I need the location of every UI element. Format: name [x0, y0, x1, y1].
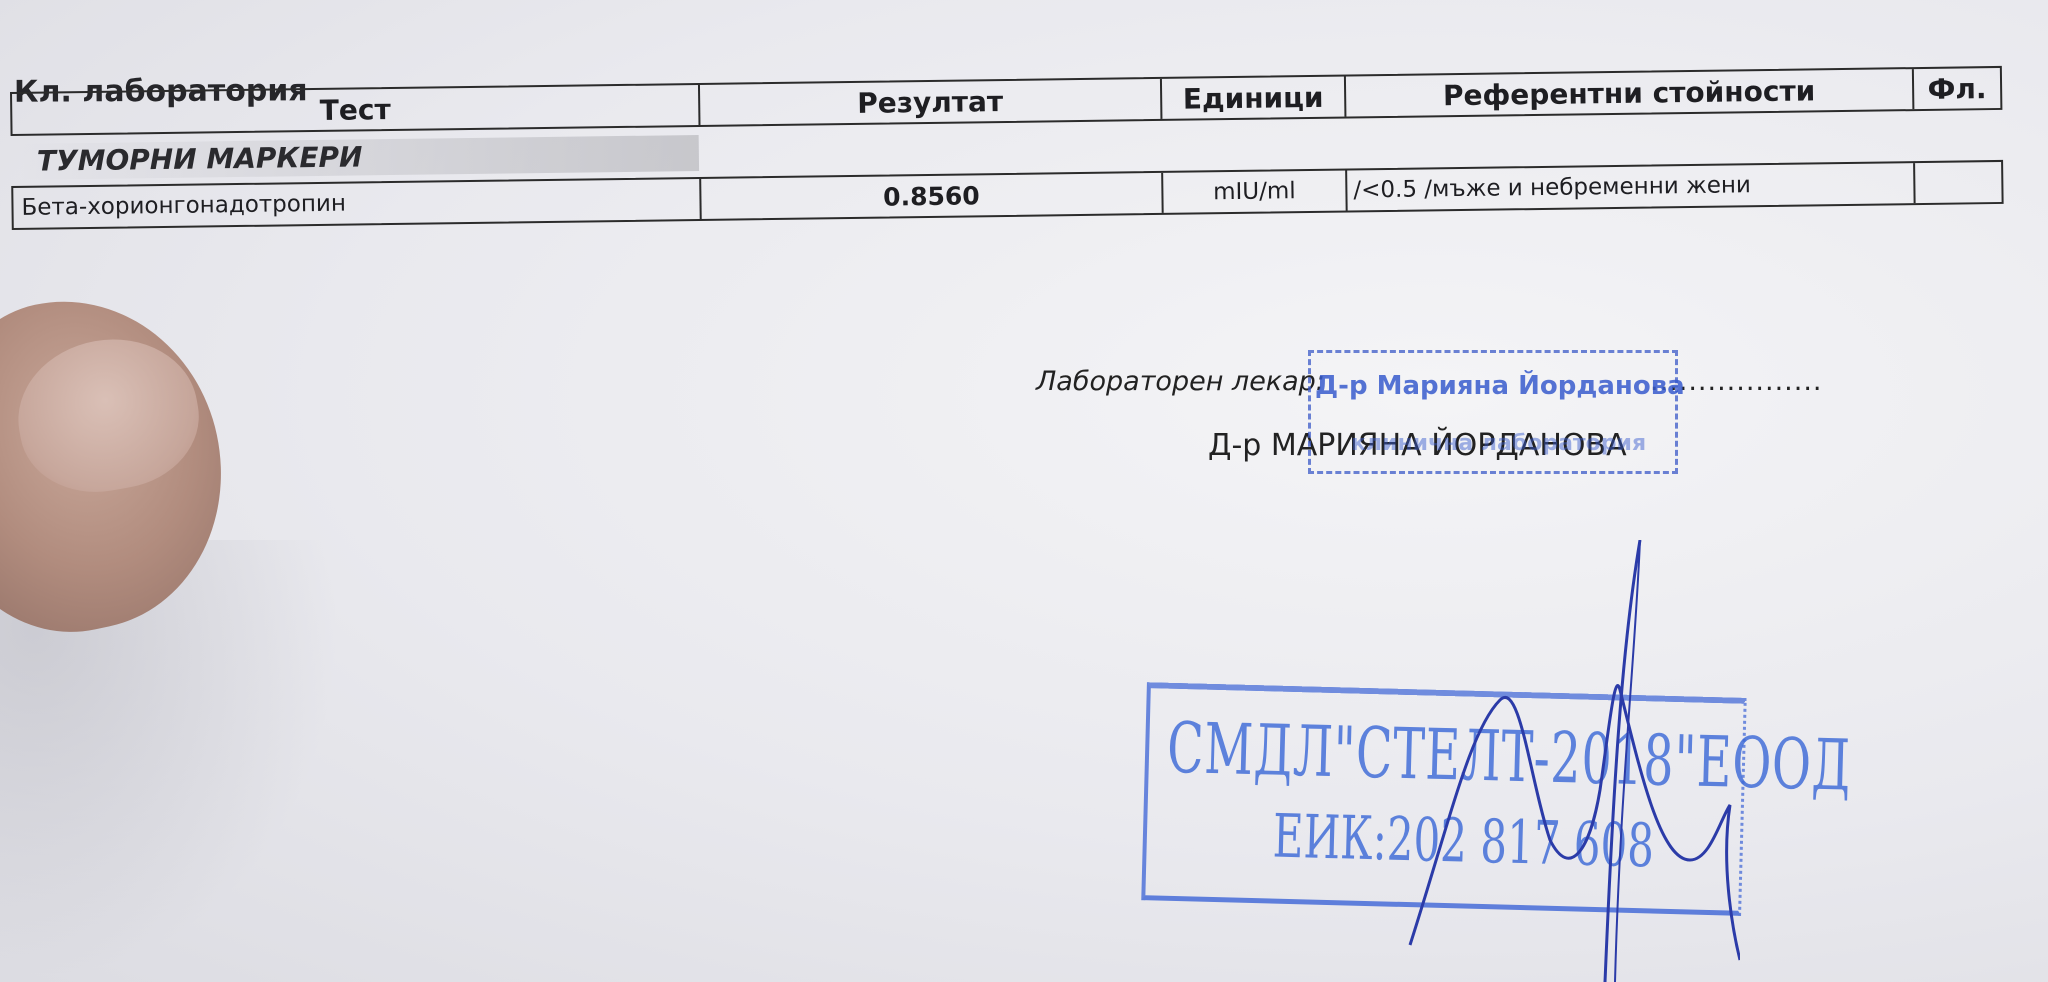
cell-units: mIU/ml — [1163, 171, 1348, 213]
cell-result: 0.8560 — [701, 173, 1163, 219]
cell-reference: /<0.5 /мъже и небременни жени — [1347, 163, 1915, 210]
header-units: Единици — [1162, 77, 1347, 119]
header-reference: Референтни стойности — [1346, 69, 1914, 116]
lab-report-page: Кл. лаборатория Тест Резултат Единици Ре… — [0, 0, 2048, 982]
header-flag: Фл. — [1914, 68, 2001, 109]
section-label: ТУМОРНИ МАРКЕРИ — [19, 135, 699, 180]
doctor-stamp: Д-р Марияна Йорданова клинична лаборатор… — [1308, 350, 1678, 474]
results-table: Тест Резултат Единици Референтни стойнос… — [10, 66, 2004, 230]
cell-flag — [1915, 162, 2002, 203]
header-result: Резултат — [700, 79, 1162, 125]
header-test: Тест — [12, 85, 700, 134]
cell-test: Бета-хорионгонадотропин — [13, 179, 701, 228]
signature-label: Лабораторен лекар: — [1036, 366, 1325, 397]
doctor-stamp-line1: Д-р Марияна Йорданова — [1315, 371, 1685, 401]
doctor-stamp-line2: клинична лаборатория — [1351, 431, 1646, 456]
handwritten-signature-icon — [1120, 540, 1740, 982]
